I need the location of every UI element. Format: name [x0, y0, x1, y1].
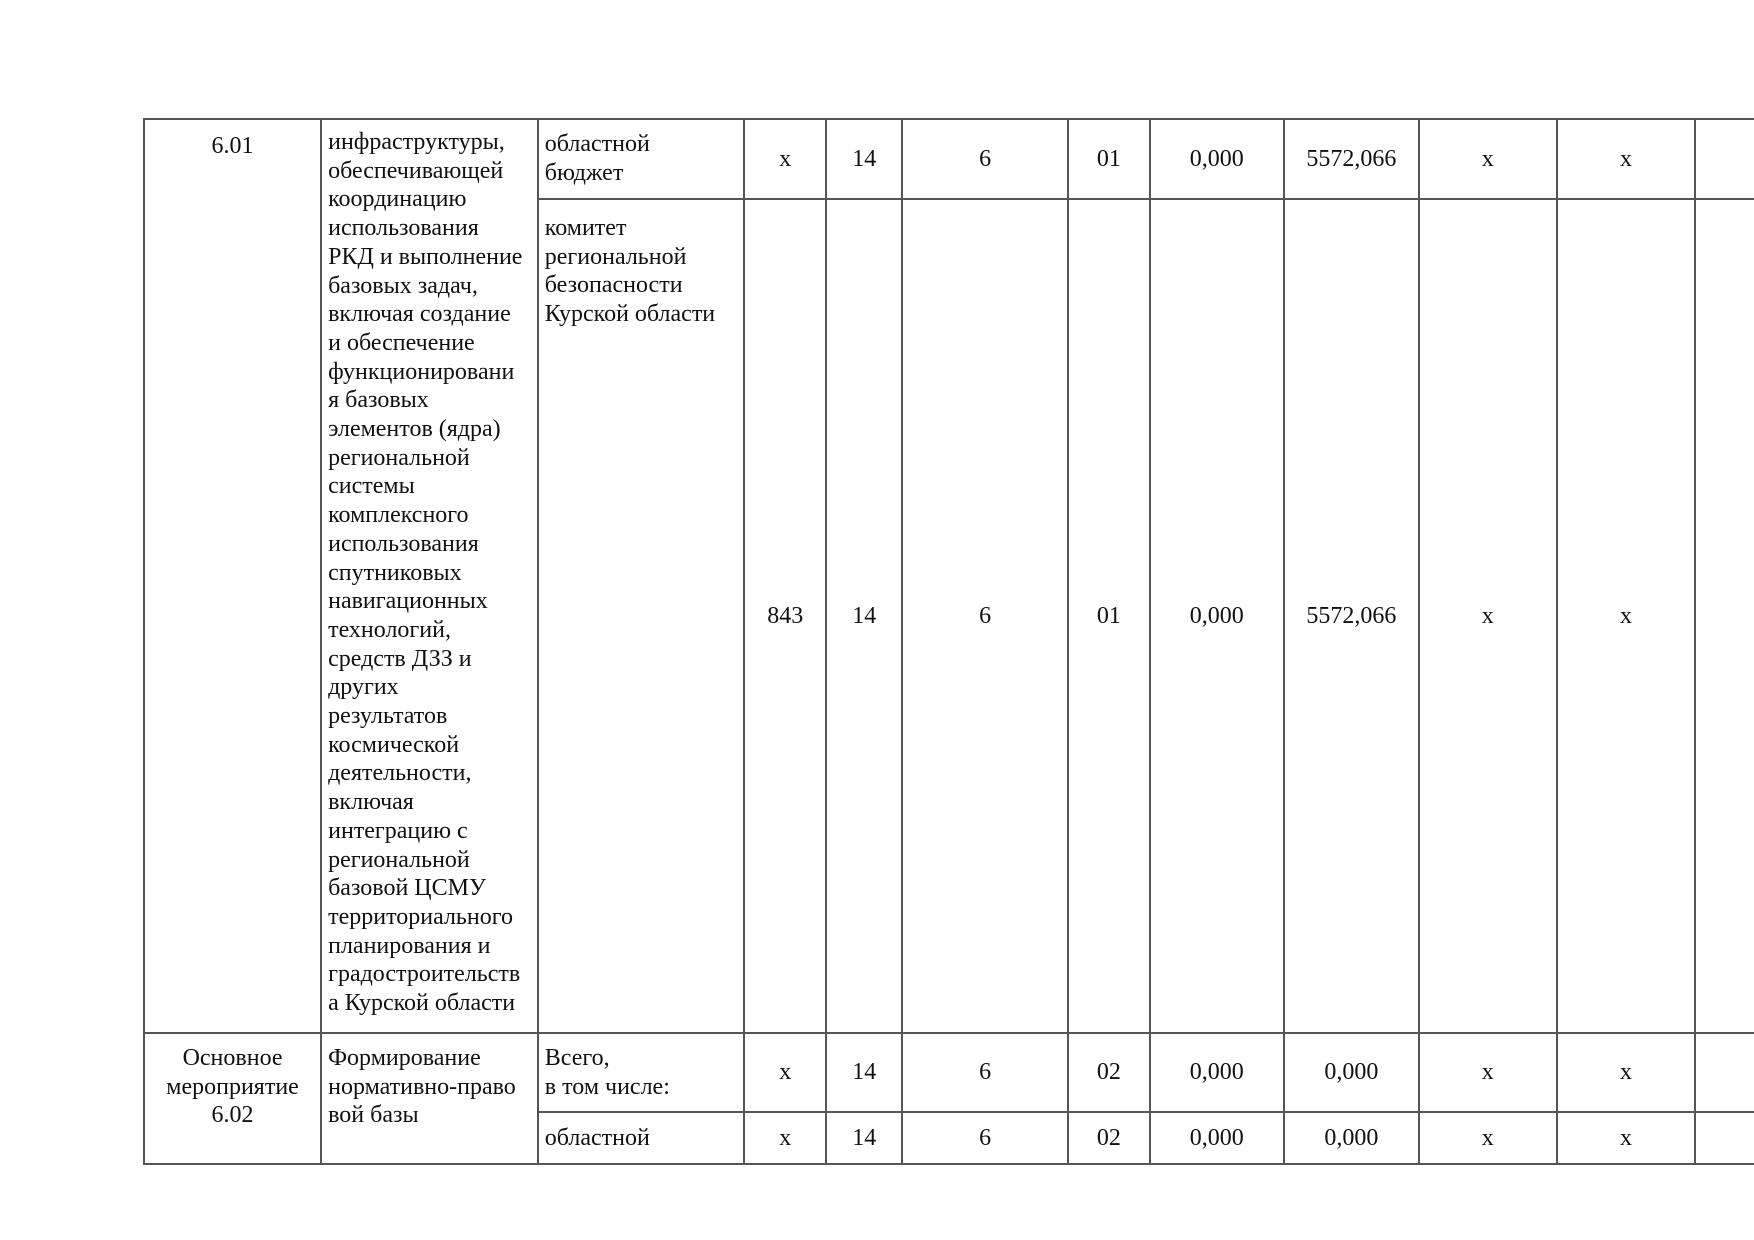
value-3: x: [1419, 119, 1557, 199]
row-description: Формирование нормативно-право вой базы: [321, 1033, 538, 1164]
value-4: x: [1557, 1033, 1696, 1112]
csr-cell: 02: [1068, 1112, 1150, 1164]
section-cell: 14: [826, 1112, 902, 1164]
funding-source: комитет региональной безопасности Курско…: [538, 199, 745, 1033]
csr-cell: 01: [1068, 199, 1150, 1033]
subsection-cell: 6: [902, 1112, 1068, 1164]
value-1: 0,000: [1150, 119, 1284, 199]
funding-source: областной: [538, 1112, 745, 1164]
value-2: 0,000: [1284, 1112, 1419, 1164]
value-4: x: [1557, 1112, 1696, 1164]
funding-source: Всего, в том числе:: [538, 1033, 745, 1112]
section-cell: 14: [826, 199, 902, 1033]
value-1: 0,000: [1150, 1112, 1284, 1164]
csr-cell: 01: [1068, 119, 1150, 199]
value-4: x: [1557, 199, 1696, 1033]
empty-cell: [1695, 1112, 1754, 1164]
subsection-cell: 6: [902, 1033, 1068, 1112]
row-id: Основное мероприятие 6.02: [144, 1033, 321, 1164]
value-3: x: [1419, 199, 1557, 1033]
value-2: 5572,066: [1284, 199, 1419, 1033]
row-id: 6.01: [144, 119, 321, 1033]
value-1: 0,000: [1150, 1033, 1284, 1112]
value-2: 0,000: [1284, 1033, 1419, 1112]
section-cell: 14: [826, 1033, 902, 1112]
empty-cell: [1695, 1033, 1754, 1112]
csr-cell: 02: [1068, 1033, 1150, 1112]
grbs-cell: x: [744, 1033, 826, 1112]
value-1: 0,000: [1150, 199, 1284, 1033]
table-row: 6.01 инфраструктуры, обеспечивающей коор…: [144, 119, 1754, 199]
value-3: x: [1419, 1112, 1557, 1164]
section-cell: 14: [826, 119, 902, 199]
empty-cell: [1695, 199, 1754, 1033]
table-row: Основное мероприятие 6.02 Формирование н…: [144, 1033, 1754, 1112]
funding-source: областной бюджет: [538, 119, 745, 199]
value-2: 5572,066: [1284, 119, 1419, 199]
empty-cell: [1695, 119, 1754, 199]
subsection-cell: 6: [902, 119, 1068, 199]
row-description: инфраструктуры, обеспечивающей координац…: [321, 119, 538, 1033]
budget-table: 6.01 инфраструктуры, обеспечивающей коор…: [143, 118, 1754, 1165]
value-4: x: [1557, 119, 1696, 199]
grbs-cell: x: [744, 119, 826, 199]
value-3: x: [1419, 1033, 1557, 1112]
subsection-cell: 6: [902, 199, 1068, 1033]
grbs-cell: 843: [744, 199, 826, 1033]
grbs-cell: x: [744, 1112, 826, 1164]
